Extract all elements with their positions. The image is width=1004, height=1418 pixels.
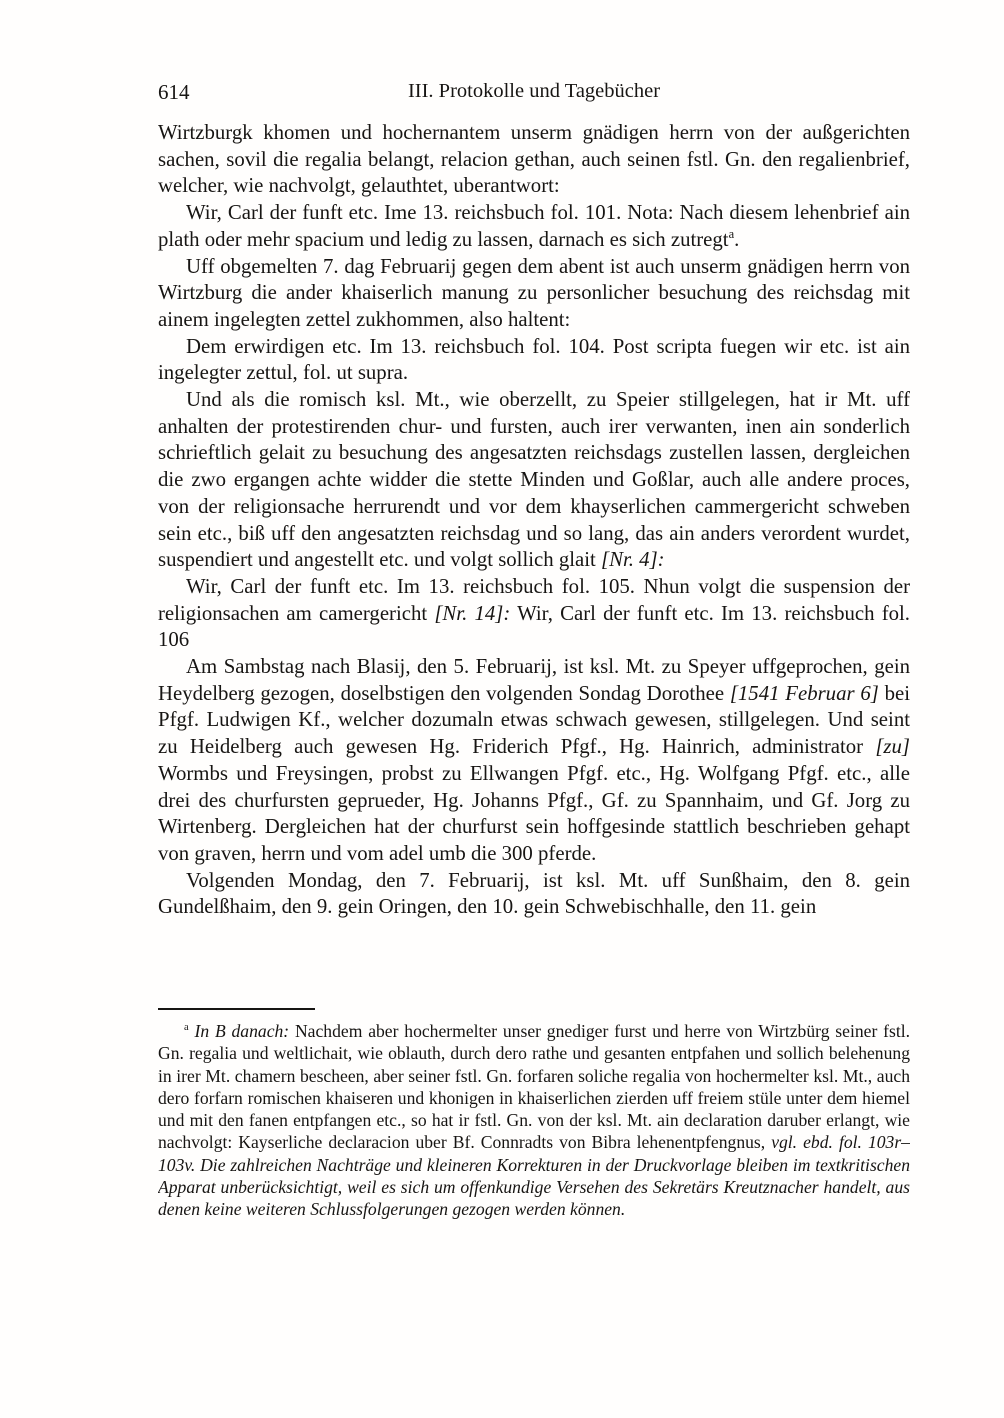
text-run: Wir, Carl der funft etc. Ime 13. reichsb… bbox=[158, 201, 910, 251]
text-run: Und als die romisch ksl. Mt., wie oberze… bbox=[158, 388, 910, 571]
paragraph: Volgenden Mondag, den 7. Februarij, ist … bbox=[158, 868, 910, 921]
footnote: a In B danach: Nachdem aber hochermelter… bbox=[158, 1020, 910, 1270]
text-run: . bbox=[734, 228, 739, 251]
paragraph: Wir, Carl der funft etc. Im 13. reichsbu… bbox=[158, 574, 910, 654]
text-run: In B danach: bbox=[195, 1021, 290, 1041]
page-header: 614 III. Protokolle und Tagebücher bbox=[158, 80, 910, 108]
paragraph: Dem erwirdigen etc. Im 13. reichsbuch fo… bbox=[158, 334, 910, 387]
text-run: [1541 Februar 6] bbox=[730, 682, 879, 705]
text-run: Wirtzburgk khomen und hochernantem unser… bbox=[158, 121, 910, 197]
text-run: [Nr. 14]: bbox=[434, 602, 510, 625]
paragraph: Und als die romisch ksl. Mt., wie oberze… bbox=[158, 387, 910, 574]
running-title: III. Protokolle und Tagebücher bbox=[158, 80, 910, 103]
paragraph: Wirtzburgk khomen und hochernantem unser… bbox=[158, 120, 910, 200]
page-number: 614 bbox=[158, 80, 190, 105]
paragraph: Uff obgemelten 7. dag Februarij gegen de… bbox=[158, 254, 910, 334]
body-text: Wirtzburgk khomen und hochernantem unser… bbox=[158, 120, 910, 1010]
text-run: [zu] bbox=[875, 735, 910, 758]
text-run: Wormbs und Freysingen, probst zu Ellwang… bbox=[158, 762, 910, 865]
text-run: a bbox=[184, 1022, 189, 1033]
text-run: Dem erwirdigen etc. Im 13. reichsbuch fo… bbox=[158, 335, 910, 385]
book-page: 614 III. Protokolle und Tagebücher Wirtz… bbox=[0, 0, 1004, 1418]
text-run: [Nr. 4]: bbox=[601, 548, 665, 571]
paragraph: Wir, Carl der funft etc. Ime 13. reichsb… bbox=[158, 200, 910, 253]
footnote-rule bbox=[158, 1008, 315, 1010]
paragraph: Am Sambstag nach Blasij, den 5. Februari… bbox=[158, 654, 910, 868]
text-run: Volgenden Mondag, den 7. Februarij, ist … bbox=[158, 869, 910, 919]
text-run: Uff obgemelten 7. dag Februarij gegen de… bbox=[158, 255, 910, 331]
footnote-paragraph: a In B danach: Nachdem aber hochermelter… bbox=[158, 1020, 910, 1221]
